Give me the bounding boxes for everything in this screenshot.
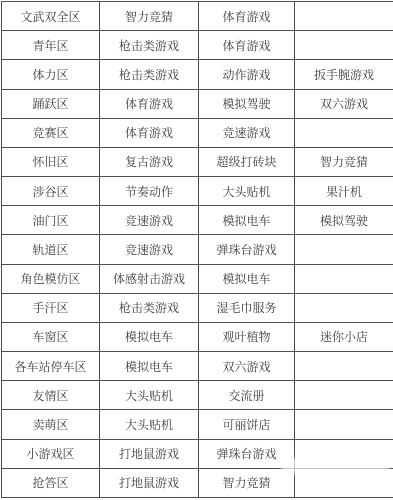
table-row: 角色模仿区体感射击游戏模拟电车 — [2, 264, 393, 293]
table-cell: 体育游戏 — [100, 89, 199, 118]
table-row: 油门区竞速游戏模拟电车模拟驾驶 — [2, 206, 393, 235]
table-cell: 涉谷区 — [2, 177, 100, 206]
table-cell: 弹珠台游戏 — [199, 235, 295, 264]
table-cell-empty — [295, 410, 393, 439]
table-cell: 模拟驾驶 — [199, 89, 295, 118]
table-cell: 智力竞猜 — [295, 147, 393, 176]
table-cell: 轨道区 — [2, 235, 100, 264]
table-cell: 枪击类游戏 — [100, 31, 199, 60]
table-row: 小游戏区打地鼠游戏弹珠台游戏 — [2, 439, 393, 468]
table-cell: 青年区 — [2, 31, 100, 60]
table-cell: 智力竞猜 — [100, 2, 199, 31]
table-cell: 节奏动作 — [100, 177, 199, 206]
table-cell: 超级打砖块 — [199, 147, 295, 176]
table-row: 涉谷区节奏动作大头贴机果汁机 — [2, 177, 393, 206]
table-cell: 动作游戏 — [199, 60, 295, 89]
table-cell: 枪击类游戏 — [100, 60, 199, 89]
table-cell: 枪击类游戏 — [100, 293, 199, 322]
table-cell: 体育游戏 — [199, 31, 295, 60]
table-cell-empty — [295, 293, 393, 322]
table-cell: 大头贴机 — [100, 381, 199, 410]
game-area-table: 文武双全区智力竞猜体育游戏青年区枪击类游戏体育游戏体力区枪击类游戏动作游戏扳手腕… — [1, 1, 393, 498]
table-row: 手汗区枪击类游戏湿毛巾服务 — [2, 293, 393, 322]
table-cell: 模拟电车 — [199, 206, 295, 235]
table-cell-empty — [295, 235, 393, 264]
table-cell: 扳手腕游戏 — [295, 60, 393, 89]
game-table-body: 文武双全区智力竞猜体育游戏青年区枪击类游戏体育游戏体力区枪击类游戏动作游戏扳手腕… — [2, 2, 393, 498]
table-cell: 果汁机 — [295, 177, 393, 206]
table-cell: 怀旧区 — [2, 147, 100, 176]
table-cell-empty — [295, 264, 393, 293]
table-cell: 模拟电车 — [100, 352, 199, 381]
table-cell: 卖萌区 — [2, 410, 100, 439]
table-cell-empty — [295, 2, 393, 31]
table-cell-empty — [295, 381, 393, 410]
table-cell: 手汗区 — [2, 293, 100, 322]
table-cell: 抢答区 — [2, 468, 100, 497]
table-row: 怀旧区复古游戏超级打砖块智力竞猜 — [2, 147, 393, 176]
table-cell: 体感射击游戏 — [100, 264, 199, 293]
table-cell: 模拟电车 — [100, 322, 199, 351]
table-cell-empty — [295, 31, 393, 60]
table-cell-empty — [295, 439, 393, 468]
table-cell: 大头贴机 — [199, 177, 295, 206]
table-cell: 竞速游戏 — [100, 235, 199, 264]
table-row: 竞赛区体育游戏竞速游戏 — [2, 118, 393, 147]
table-cell: 打地鼠游戏 — [100, 468, 199, 497]
table-cell: 文武双全区 — [2, 2, 100, 31]
table-row: 各车站停车区模拟电车双六游戏 — [2, 352, 393, 381]
table-cell: 模拟驾驶 — [295, 206, 393, 235]
table-cell: 智力竞猜 — [199, 468, 295, 497]
screenshot-root: 文武双全区智力竞猜体育游戏青年区枪击类游戏体育游戏体力区枪击类游戏动作游戏扳手腕… — [0, 0, 393, 500]
table-cell: 竞赛区 — [2, 118, 100, 147]
table-cell: 弹珠台游戏 — [199, 439, 295, 468]
table-cell: 双六游戏 — [295, 89, 393, 118]
table-row: 踊跃区体育游戏模拟驾驶双六游戏 — [2, 89, 393, 118]
table-cell: 体力区 — [2, 60, 100, 89]
table-row: 青年区枪击类游戏体育游戏 — [2, 31, 393, 60]
table-row: 文武双全区智力竞猜体育游戏 — [2, 2, 393, 31]
table-cell: 复古游戏 — [100, 147, 199, 176]
table-cell-empty — [295, 468, 393, 497]
table-cell-empty — [295, 118, 393, 147]
table-cell: 模拟电车 — [199, 264, 295, 293]
table-row: 轨道区竞速游戏弹珠台游戏 — [2, 235, 393, 264]
table-cell: 竞速游戏 — [199, 118, 295, 147]
table-row: 卖萌区大头贴机可丽饼店 — [2, 410, 393, 439]
table-cell-empty — [295, 352, 393, 381]
table-cell: 车窗区 — [2, 322, 100, 351]
table-cell: 大头贴机 — [100, 410, 199, 439]
table-cell: 小游戏区 — [2, 439, 100, 468]
table-cell: 友情区 — [2, 381, 100, 410]
table-cell: 踊跃区 — [2, 89, 100, 118]
table-cell: 打地鼠游戏 — [100, 439, 199, 468]
table-cell: 双六游戏 — [199, 352, 295, 381]
table-cell: 可丽饼店 — [199, 410, 295, 439]
table-cell: 油门区 — [2, 206, 100, 235]
table-cell: 体育游戏 — [199, 2, 295, 31]
table-cell: 体育游戏 — [100, 118, 199, 147]
table-cell: 交流册 — [199, 381, 295, 410]
table-row: 抢答区打地鼠游戏智力竞猜 — [2, 468, 393, 497]
table-cell: 竞速游戏 — [100, 206, 199, 235]
table-cell: 湿毛巾服务 — [199, 293, 295, 322]
table-row: 车窗区模拟电车观叶植物迷你小店 — [2, 322, 393, 351]
table-row: 体力区枪击类游戏动作游戏扳手腕游戏 — [2, 60, 393, 89]
table-cell: 各车站停车区 — [2, 352, 100, 381]
table-row: 友情区大头贴机交流册 — [2, 381, 393, 410]
table-cell: 迷你小店 — [295, 322, 393, 351]
table-cell: 角色模仿区 — [2, 264, 100, 293]
table-cell: 观叶植物 — [199, 322, 295, 351]
